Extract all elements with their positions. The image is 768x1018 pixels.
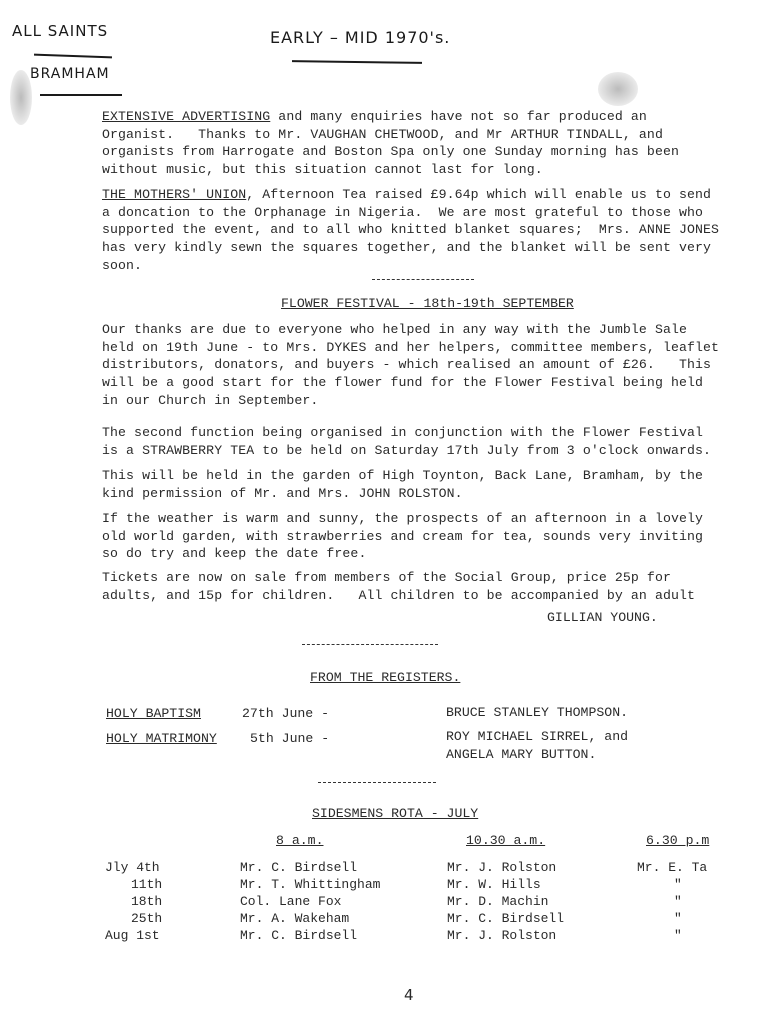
matrimony-label: HOLY MATRIMONY	[106, 731, 217, 746]
rota-col-630pm: 6.30 p.m	[646, 833, 709, 848]
strawberry-tea-paragraph: The second function being organised in c…	[102, 424, 762, 459]
rota-col-1030am: 10.30 a.m.	[466, 833, 545, 848]
rota-date: Jly 4th	[105, 860, 160, 875]
mothers-union-paragraph: THE MOTHERS' UNION, Afternoon Tea raised…	[102, 186, 762, 275]
parish-underline	[34, 54, 112, 59]
baptism-label: HOLY BAPTISM	[106, 706, 201, 721]
matrimony-date: 5th June -	[250, 731, 329, 746]
baptism-date: 27th June -	[242, 706, 329, 721]
section-divider	[302, 644, 438, 645]
handwritten-era: EARLY – MID 1970's.	[270, 28, 450, 47]
section-divider	[318, 782, 436, 783]
rota-row: Aug 1stMr. C. BirdsellMr. J. Rolston"	[105, 928, 745, 945]
rota-1030am: Mr. C. Birdsell	[447, 911, 564, 926]
rota-row: 11thMr. T. WhittinghamMr. W. Hills"	[105, 877, 745, 894]
registers-heading: FROM THE REGISTERS.	[310, 670, 460, 685]
matrimony-name-1: ROY MICHAEL SIRREL, and	[446, 729, 628, 744]
rota-630pm: "	[674, 928, 682, 943]
rota-8am: Mr. A. Wakeham	[240, 911, 349, 926]
jumble-sale-paragraph: Our thanks are due to everyone who helpe…	[102, 321, 762, 410]
rota-8am: Mr. T. Whittingham	[240, 877, 380, 892]
matrimony-name-2: ANGELA MARY BUTTON.	[446, 747, 596, 762]
rota-1030am: Mr. J. Rolston	[447, 928, 556, 943]
rota-630pm: "	[674, 877, 682, 892]
scan-smudge	[10, 70, 32, 125]
rota-630pm: "	[674, 894, 682, 909]
rota-1030am: Mr. J. Rolston	[447, 860, 556, 875]
venue-paragraph: This will be held in the garden of High …	[102, 467, 762, 502]
weather-paragraph: If the weather is warm and sunny, the pr…	[102, 510, 762, 563]
rota-date: 11th	[131, 877, 162, 892]
place-underline	[40, 94, 122, 96]
flower-festival-heading: FLOWER FESTIVAL - 18th-19th SEPTEMBER	[281, 296, 574, 311]
rota-1030am: Mr. W. Hills	[447, 877, 541, 892]
rota-date: Aug 1st	[105, 928, 160, 943]
rota-8am: Mr. C. Birdsell	[240, 860, 357, 875]
rota-date: 25th	[131, 911, 162, 926]
rota-row: 25thMr. A. WakehamMr. C. Birdsell"	[105, 911, 745, 928]
rota-630pm: Mr. E. Ta	[637, 860, 707, 875]
handwritten-parish: ALL SAINTS	[12, 22, 108, 40]
rota-630pm: "	[674, 911, 682, 926]
era-underline	[292, 60, 422, 64]
rota-row: Jly 4thMr. C. BirdsellMr. J. RolstonMr. …	[105, 860, 745, 877]
scan-smudge	[598, 72, 638, 106]
page-number: 4	[404, 986, 414, 1004]
section-divider	[372, 279, 474, 280]
mothers-union-heading: THE MOTHERS' UNION	[102, 187, 246, 202]
tickets-paragraph: Tickets are now on sale from members of …	[102, 569, 762, 604]
rota-col-8am: 8 a.m.	[276, 833, 323, 848]
baptism-name: BRUCE STANLEY THOMPSON.	[446, 705, 628, 720]
rota-8am: Col. Lane Fox	[240, 894, 341, 909]
rota-date: 18th	[131, 894, 162, 909]
rota-heading: SIDESMENS ROTA - JULY	[312, 806, 478, 821]
signature: GILLIAN YOUNG.	[547, 610, 658, 625]
rota-1030am: Mr. D. Machin	[447, 894, 548, 909]
rota-8am: Mr. C. Birdsell	[240, 928, 357, 943]
handwritten-place: BRAMHAM	[30, 66, 110, 82]
advertising-heading: EXTENSIVE ADVERTISING	[102, 109, 270, 124]
advertising-paragraph: EXTENSIVE ADVERTISING and many enquiries…	[102, 108, 762, 179]
rota-row: 18thCol. Lane FoxMr. D. Machin"	[105, 894, 745, 911]
